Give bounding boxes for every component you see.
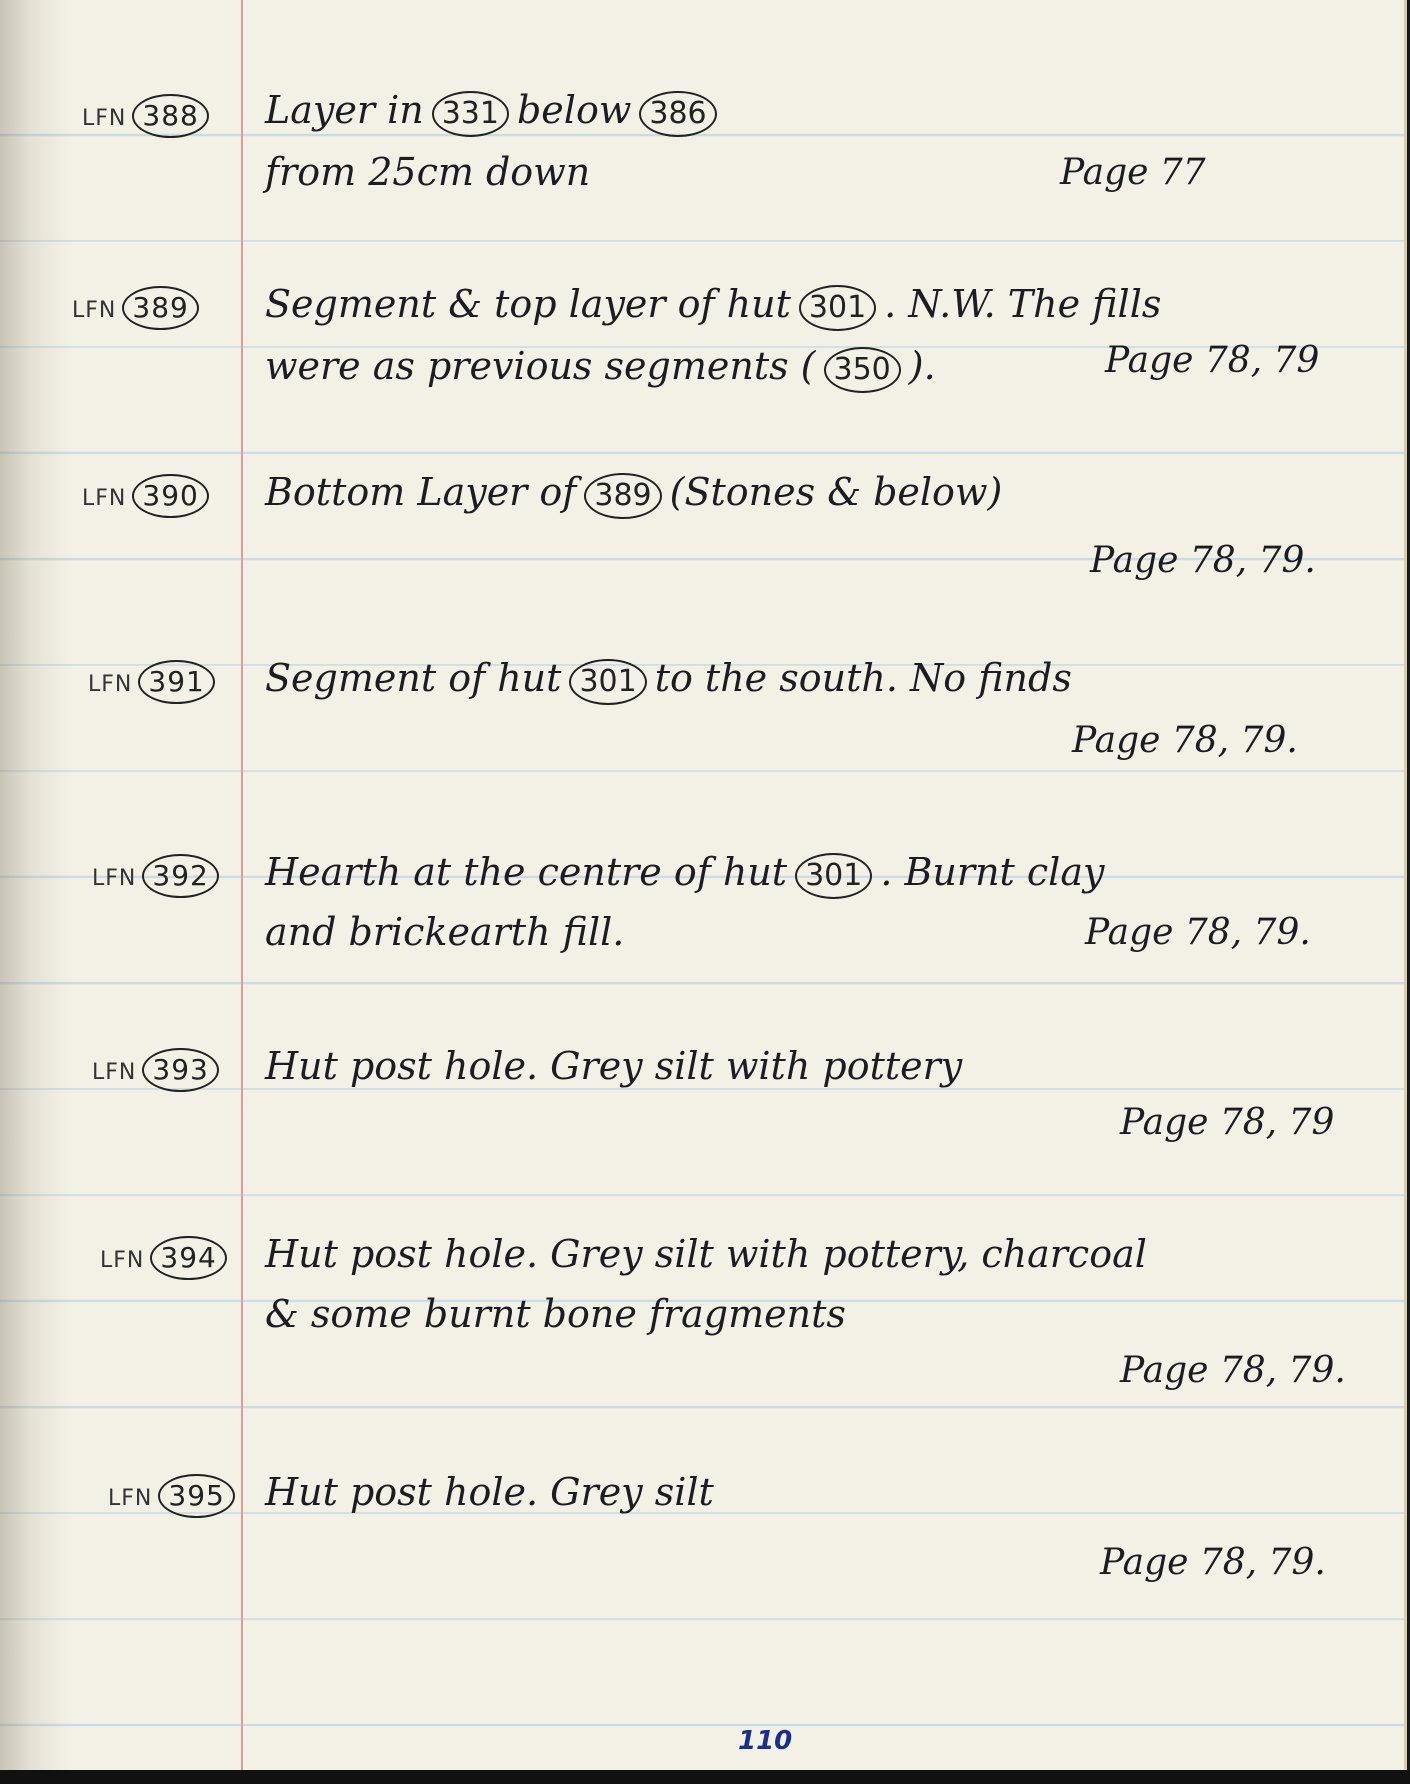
entry-text-line2: from 25cm down: [265, 150, 590, 194]
find-number: 391: [138, 660, 214, 704]
page-reference: Page 77: [1060, 152, 1206, 193]
entry-label: LFN394: [100, 1236, 227, 1280]
entry-label: LFN391: [88, 660, 215, 704]
entry-text-line1: Hut post hole. Grey silt with pottery, c…: [265, 1232, 1147, 1276]
find-number: 390: [132, 474, 208, 518]
margin-line: [241, 0, 243, 1770]
entry-text-line1: Bottom Layer of389(Stones & below): [265, 470, 1002, 519]
ref-number: 386: [639, 91, 716, 137]
entry-text-line1: Layer in331below386: [265, 88, 725, 137]
entry-label: LFN388: [82, 94, 209, 138]
ref-number: 301: [569, 659, 646, 705]
find-number: 392: [142, 854, 218, 898]
entry-text-line1: Hut post hole. Grey silt: [265, 1470, 714, 1514]
page-reference: Page 78, 79.: [1072, 720, 1298, 761]
find-number: 394: [150, 1236, 226, 1280]
entry-text-line1: Hearth at the centre of hut301. Burnt cl…: [265, 850, 1104, 899]
page-reference: Page 78, 79: [1120, 1102, 1334, 1143]
entry-label: LFN395: [108, 1474, 235, 1518]
entry-text-line1: Segment & top layer of hut301. N.W. The …: [265, 282, 1161, 331]
ref-number: 301: [799, 285, 876, 331]
page-reference: Page 78, 79.: [1100, 1542, 1326, 1583]
entry-label: LFN392: [92, 854, 219, 898]
ref-number: 301: [795, 853, 872, 899]
find-number: 395: [158, 1474, 234, 1518]
page-reference: Page 78, 79: [1105, 340, 1319, 381]
entry-text-line2: were as previous segments (350).: [265, 344, 936, 393]
page-reference: Page 78, 79.: [1120, 1350, 1346, 1391]
ref-number: 331: [432, 91, 509, 137]
entry-label: LFN389: [72, 286, 199, 330]
entry-text-line2: and brickearth fill.: [265, 910, 624, 954]
find-number: 388: [132, 94, 208, 138]
find-number: 389: [122, 286, 198, 330]
page-reference: Page 78, 79.: [1090, 540, 1316, 581]
entry-label: LFN393: [92, 1048, 219, 1092]
find-number: 393: [142, 1048, 218, 1092]
entry-text-line1: Segment of hut301to the south. No finds: [265, 656, 1072, 705]
page-reference: Page 78, 79.: [1085, 912, 1311, 953]
notebook-page: LFN388 Layer in331below386 from 25cm dow…: [0, 0, 1407, 1770]
entry-text-line1: Hut post hole. Grey silt with pottery: [265, 1044, 962, 1088]
entry-text-line2: & some burnt bone fragments: [265, 1292, 846, 1336]
page-number: 110: [738, 1726, 792, 1756]
ref-number: 389: [584, 473, 661, 519]
ref-number: 350: [824, 347, 901, 393]
entry-label: LFN390: [82, 474, 209, 518]
scan-border: [0, 1770, 1410, 1784]
